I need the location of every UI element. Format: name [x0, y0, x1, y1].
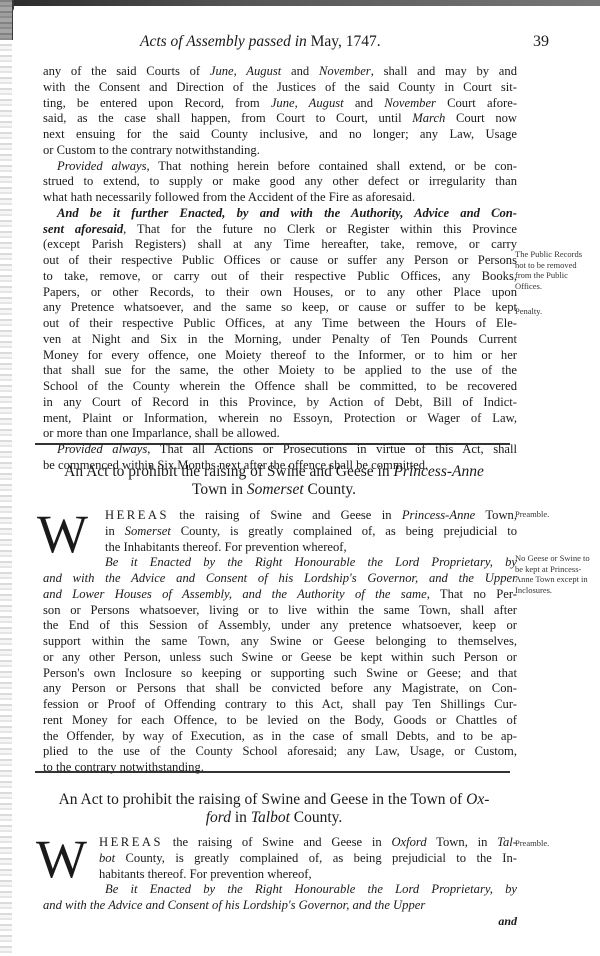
italic-text: June, August — [210, 64, 281, 78]
text-line: any of the said Courts of June, August a… — [43, 64, 517, 80]
text-line: ven at Night and Six in the Morning, und… — [43, 332, 517, 348]
act3-enacting-clause: Be it Enacted by the Right Honourable th… — [43, 882, 517, 914]
text-line: Papers, or other Records, to their own H… — [43, 285, 517, 301]
preamble-line-text: the raising of Swine and Geese in Prince… — [169, 508, 517, 522]
text-line: with the Consent and Direction of the Ju… — [43, 80, 517, 96]
act2-preamble: HEREAS the raising of Swine and Geese in… — [43, 508, 517, 555]
act-title-oxford: An Act to prohibit the raising of Swine … — [35, 791, 513, 827]
act3-preamble-line-2: bot County, is greatly complained of, as… — [99, 851, 517, 867]
italic-text: bot — [99, 851, 115, 865]
italic-text: Provided always — [57, 159, 147, 173]
text-line: or more than one Imparlance, shall be al… — [43, 426, 517, 442]
preamble-line-text: the raising of Swine and Geese in Oxford… — [163, 835, 517, 849]
act2-preamble-line-2: in Somerset County, is greatly complaine… — [105, 524, 517, 540]
text-line: any Pretence whatsoever, and the same so… — [43, 300, 517, 316]
text-line: Town in Somerset County. — [35, 481, 513, 499]
enacting-paragraph: And be it further Enacted, by and with t… — [43, 206, 517, 442]
italic-text: And be it further Enacted, by and with t… — [57, 206, 517, 220]
act2-enacting-clause: Be it Enacted by the Right Honourable th… — [43, 555, 517, 776]
text-line: next ensuing for the said County inclusi… — [43, 127, 517, 143]
section-divider — [35, 771, 510, 773]
margin-note-no-geese: No Geese or Swine to be kept at Princess… — [515, 553, 595, 595]
italic-text: and with the Advice and Consent of his L… — [43, 898, 425, 912]
text-line: sent aforesaid, That for the future no C… — [43, 222, 517, 238]
text-line: School of the County wherein the Offence… — [43, 379, 517, 395]
text-line: Be it Enacted by the Right Honourable th… — [43, 882, 517, 898]
text-line: Money for every offence, one Moiety ther… — [43, 348, 517, 364]
italic-text: Princess-Anne — [402, 508, 475, 522]
italic-text: and Lower Houses of Assembly, and the Au… — [43, 587, 427, 601]
document-page: Acts of Assembly passed in May, 1747. 39… — [13, 6, 600, 956]
text-line: in any Court of Record in this Province,… — [43, 395, 517, 411]
act3-body: HEREAS the raising of Swine and Geese in… — [43, 835, 517, 930]
proviso-paragraph: Provided always, That nothing herein bef… — [43, 159, 517, 206]
text-line: And be it further Enacted, by and with t… — [43, 206, 517, 222]
continuation-paragraph: any of the said Courts of June, August a… — [43, 64, 517, 159]
section-divider — [35, 443, 510, 445]
italic-text: November — [319, 64, 371, 78]
text-line: rent Money for each Offence, to be levie… — [43, 713, 517, 729]
text-line: (except Parish Registers) shall at any T… — [43, 237, 517, 253]
text-line: Provided always, That nothing herein bef… — [43, 159, 517, 175]
text-line: and Lower Houses of Assembly, and the Au… — [43, 587, 517, 603]
text-line: or any other Person, unless such Swine o… — [43, 650, 517, 666]
text-line: and with the Advice and Consent of his L… — [43, 571, 517, 587]
text-line: An Act to prohibit the raising of Swine … — [35, 463, 513, 481]
act2-preamble-line-1: HEREAS the raising of Swine and Geese in… — [105, 508, 517, 524]
text-line: support within the same Town, any Swine … — [43, 634, 517, 650]
act-title-princess-anne: An Act to prohibit the raising of Swine … — [35, 463, 513, 499]
text-line: the End of this Session of Assembly, und… — [43, 618, 517, 634]
text-line: what hath necessarily followed from the … — [43, 190, 517, 206]
text-line: fession or Proof of Offending contrary t… — [43, 697, 517, 713]
act3-preamble: HEREAS the raising of Swine and Geese in… — [43, 835, 517, 882]
text-line: ment, Plaint or Information, wherein no … — [43, 411, 517, 427]
text-line: that shall sue for the same, the other M… — [43, 363, 517, 379]
italic-text: Oxford — [391, 835, 426, 849]
running-head-date: May, 1747. — [311, 33, 381, 50]
text-line: and with the Advice and Consent of his L… — [43, 898, 517, 914]
italic-text: June, August — [271, 96, 344, 110]
italic-text: Be it Enacted by the Right Honourable th… — [105, 882, 517, 896]
section-continuation: any of the said Courts of June, August a… — [43, 64, 517, 474]
italic-text: Princess-Anne — [393, 463, 483, 480]
text-line: the Offender, by way of Execution, as in… — [43, 729, 517, 745]
text-line: Be it Enacted by the Right Honourable th… — [43, 555, 517, 571]
page-number: 39 — [533, 33, 549, 51]
italic-text: Somerset — [125, 524, 171, 538]
italic-text: March — [412, 111, 445, 125]
act3-preamble-line-1: HEREAS the raising of Swine and Geese in… — [99, 835, 517, 851]
italic-text: and with the Advice and Consent of his L… — [43, 571, 517, 585]
text-line: out of their respective Public Offices, … — [43, 316, 517, 332]
margin-note-preamble: Preamble. — [515, 838, 595, 849]
italic-text: Talbot — [251, 809, 290, 826]
margin-note-public-records: The Public Records not to be removed fro… — [515, 249, 595, 291]
text-line: said, as the case shall happen, from Cou… — [43, 111, 517, 127]
running-head-italic: Acts of Assembly passed in — [140, 33, 307, 50]
text-line: plied to the use of the County School af… — [43, 744, 517, 760]
italic-text: ford — [206, 809, 231, 826]
italic-text: Ox- — [466, 791, 489, 808]
italic-text: Somerset — [247, 481, 304, 498]
page-header: Acts of Assembly passed in May, 1747. 39 — [13, 33, 600, 55]
running-head: Acts of Assembly passed in May, 1747. — [140, 33, 440, 51]
act2-body: HEREAS the raising of Swine and Geese in… — [43, 508, 517, 776]
preamble-first-word: HEREAS — [99, 835, 163, 849]
text-line: out of their respective Public Offices o… — [43, 253, 517, 269]
text-line: or Custom to the contrary notwithstandin… — [43, 143, 517, 159]
italic-text: sent aforesaid — [43, 222, 123, 236]
act2-preamble-line-3: the Inhabitants thereof. For prevention … — [105, 540, 517, 556]
text-line: any Person or Persons that shall be conv… — [43, 681, 517, 697]
text-line: son or Persons whatsoever, living or to … — [43, 603, 517, 619]
text-line: to the contrary notwithstanding. — [43, 760, 517, 776]
italic-text: November — [384, 96, 436, 110]
text-line: Person's own Inclosure so keeping or sup… — [43, 666, 517, 682]
catchword: and — [43, 914, 517, 930]
text-line: ford in Talbot County. — [35, 809, 513, 827]
text-line: ting, be entered upon Record, from June,… — [43, 96, 517, 112]
italic-text: Be it Enacted by the Right Honourable th… — [105, 555, 517, 569]
margin-note-penalty: Penalty. — [515, 306, 595, 317]
act3-preamble-line-3: habitants thereof. For prevention whereo… — [99, 867, 517, 883]
scan-border-left — [0, 0, 12, 956]
text-line: to take, remove, or carry out of their r… — [43, 269, 517, 285]
margin-note-preamble: Preamble. — [515, 509, 595, 520]
text-line: An Act to prohibit the raising of Swine … — [35, 791, 513, 809]
preamble-first-word: HEREAS — [105, 508, 169, 522]
text-line: strued to extend, to supply or make good… — [43, 174, 517, 190]
